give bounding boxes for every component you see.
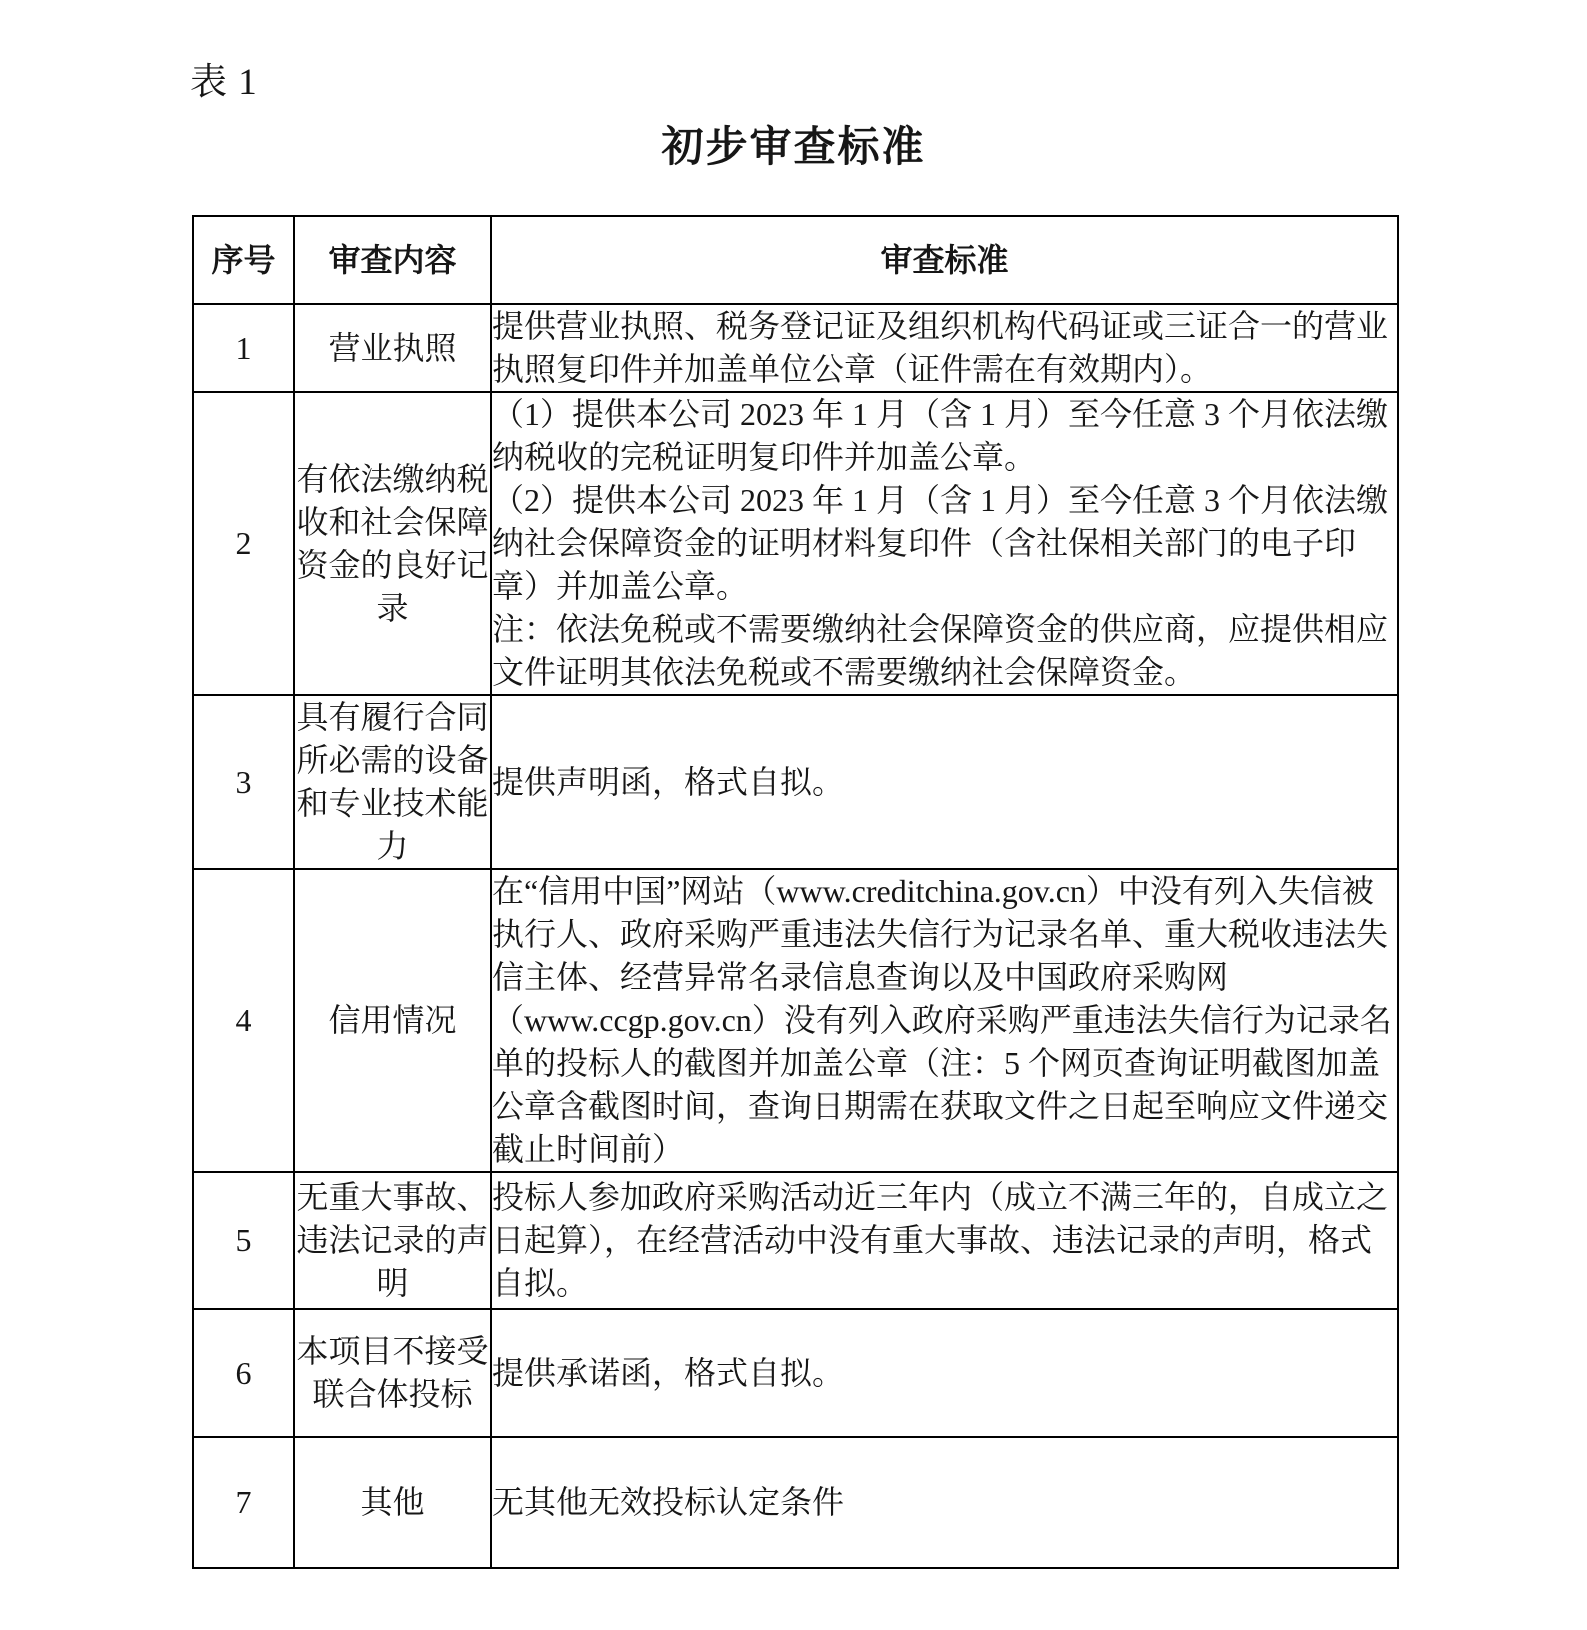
table-row: 6 本项目不接受联合体投标 提供承诺函，格式自拟。	[193, 1309, 1398, 1437]
review-content-cell: 营业执照	[294, 304, 491, 392]
review-criteria-cell: 投标人参加政府采购活动近三年内（成立不满三年的，自成立之日起算），在经营活动中没…	[491, 1172, 1398, 1309]
review-criteria-table: 序号 审查内容 审查标准 1 营业执照 提供营业执照、税务登记证及组织机构代码证…	[192, 215, 1399, 1569]
table-row: 4 信用情况 在“信用中国”网站（www.creditchina.gov.cn）…	[193, 869, 1398, 1172]
review-criteria-cell: 提供营业执照、税务登记证及组织机构代码证或三证合一的营业执照复印件并加盖单位公章…	[491, 304, 1398, 392]
row-number-cell: 2	[193, 392, 294, 695]
table-number-label: 表 1	[190, 60, 258, 106]
row-number-cell: 5	[193, 1172, 294, 1309]
review-criteria-cell: 在“信用中国”网站（www.creditchina.gov.cn）中没有列入失信…	[491, 869, 1398, 1172]
table-row: 5 无重大事故、违法记录的声明 投标人参加政府采购活动近三年内（成立不满三年的，…	[193, 1172, 1398, 1309]
header-cell-content: 审查内容	[294, 216, 491, 304]
review-content-cell: 其他	[294, 1437, 491, 1568]
page-title: 初步审查标准	[0, 122, 1587, 174]
row-number-cell: 4	[193, 869, 294, 1172]
review-content-cell: 无重大事故、违法记录的声明	[294, 1172, 491, 1309]
review-content-cell: 信用情况	[294, 869, 491, 1172]
header-cell-no: 序号	[193, 216, 294, 304]
review-criteria-cell: 无其他无效投标认定条件	[491, 1437, 1398, 1568]
table-row: 1 营业执照 提供营业执照、税务登记证及组织机构代码证或三证合一的营业执照复印件…	[193, 304, 1398, 392]
header-cell-criteria: 审查标准	[491, 216, 1398, 304]
table-row: 7 其他 无其他无效投标认定条件	[193, 1437, 1398, 1568]
table-header-row: 序号 审查内容 审查标准	[193, 216, 1398, 304]
row-number-cell: 1	[193, 304, 294, 392]
review-content-cell: 具有履行合同所必需的设备和专业技术能力	[294, 695, 491, 869]
table-row: 3 具有履行合同所必需的设备和专业技术能力 提供声明函，格式自拟。	[193, 695, 1398, 869]
review-content-cell: 本项目不接受联合体投标	[294, 1309, 491, 1437]
review-criteria-cell: （1）提供本公司 2023 年 1 月（含 1 月）至今任意 3 个月依法缴纳税…	[491, 392, 1398, 695]
row-number-cell: 3	[193, 695, 294, 869]
table-row: 2 有依法缴纳税收和社会保障资金的良好记录 （1）提供本公司 2023 年 1 …	[193, 392, 1398, 695]
review-content-cell: 有依法缴纳税收和社会保障资金的良好记录	[294, 392, 491, 695]
review-criteria-cell: 提供承诺函，格式自拟。	[491, 1309, 1398, 1437]
row-number-cell: 7	[193, 1437, 294, 1568]
document-page: 表 1 初步审查标准 序号 审查内容 审查标准 1 营业执照 提供营业执照、税务…	[0, 0, 1587, 1630]
row-number-cell: 6	[193, 1309, 294, 1437]
review-criteria-cell: 提供声明函，格式自拟。	[491, 695, 1398, 869]
